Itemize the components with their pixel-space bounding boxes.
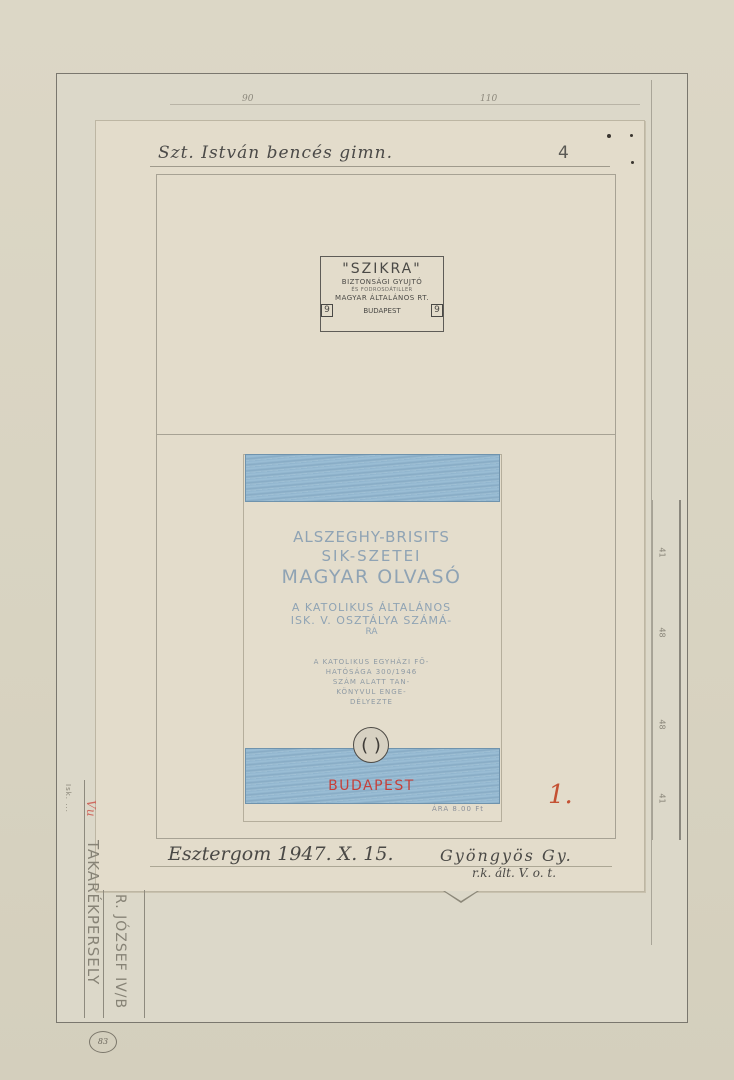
book-approval-4: KÖNYVUL ENGE- <box>243 688 500 696</box>
szikra-num-left: 9 <box>321 304 333 317</box>
red-annotation: 1. <box>548 780 573 810</box>
footer-line <box>150 866 612 867</box>
side-label-school: R. JÓZSEF IV/B <box>112 894 128 1009</box>
triangle-marker-inner <box>445 891 477 901</box>
header-underline <box>150 166 610 167</box>
footer-place-date: Esztergom 1947. X. 15. <box>168 843 394 865</box>
header-school-name: Szt. István bencés gimn. <box>158 143 393 163</box>
book-approval-2: HATÓSÁGA 300/1946 <box>243 668 500 676</box>
ruler-label-2: 48 <box>658 627 667 637</box>
dimension-label-right: 110 <box>480 94 497 104</box>
szikra-line-3: MAGYAR ÁLTALÁNOS RT. <box>321 293 443 303</box>
ruler-label-1: 41 <box>658 547 667 557</box>
side-label-category: TAKARÉKPERSELY <box>84 840 102 985</box>
right-ruler: 41 48 48 41 <box>652 500 681 840</box>
book-subtitle-1: A KATOLIKUS ÁLTALÁNOS <box>243 601 500 614</box>
book-subtitle-3: RA <box>243 627 500 637</box>
ruler-label-4: 41 <box>658 793 667 803</box>
book-authors-2: SIK-SZETEI <box>243 547 500 565</box>
emblem-glyph: ( ) <box>361 735 381 756</box>
pin-hole <box>630 134 633 137</box>
archive-number: 83 <box>89 1031 117 1053</box>
book-approval-1: A KATOLIKUS EGYHÁZI FŐ- <box>243 658 500 666</box>
book-subtitle-2: ISK. V. OSZTÁLYA SZÁMÁ- <box>243 614 500 627</box>
blue-band-top <box>245 454 500 502</box>
side-label-red-mark: Vu <box>84 800 98 818</box>
szikra-line-1: BIZTONSÁGI GYUJTÓ <box>321 277 443 287</box>
label-strip-col-1 <box>62 780 85 1018</box>
pin-hole <box>607 134 611 138</box>
dimension-label-left: 90 <box>242 94 253 104</box>
ruler-label-3: 48 <box>658 719 667 729</box>
book-price: ÁRA 8.00 Ft <box>432 805 484 813</box>
szikra-city: BUDAPEST <box>363 307 400 315</box>
book-city: BUDAPEST <box>245 778 498 794</box>
top-dimension-line <box>170 104 640 106</box>
szikra-num-right: 9 <box>431 304 443 317</box>
pin-hole <box>631 161 634 164</box>
szikra-bottom-row: 9 BUDAPEST 9 <box>321 304 443 317</box>
footer-author-school: Gyöngyös Gy. <box>440 846 573 865</box>
szikra-title: "SZIKRA" <box>321 261 443 277</box>
footer-author-class: r.k. ált. V. o. t. <box>472 866 556 880</box>
side-label-small-1: Isk. ... <box>64 784 72 813</box>
book-approval-5: DÉLYEZTE <box>243 698 500 706</box>
publisher-emblem-icon: ( ) <box>353 727 389 763</box>
book-authors: ALSZEGHY-BRISITS <box>243 528 500 546</box>
book-title: MAGYAR OLVASÓ <box>243 566 500 588</box>
szikra-label-box: "SZIKRA" BIZTONSÁGI GYUJTÓ ÉS FODROSDÁTI… <box>320 256 444 332</box>
header-number: 4 <box>558 143 569 163</box>
book-approval-3: SZÁM ALATT TAN- <box>243 678 500 686</box>
